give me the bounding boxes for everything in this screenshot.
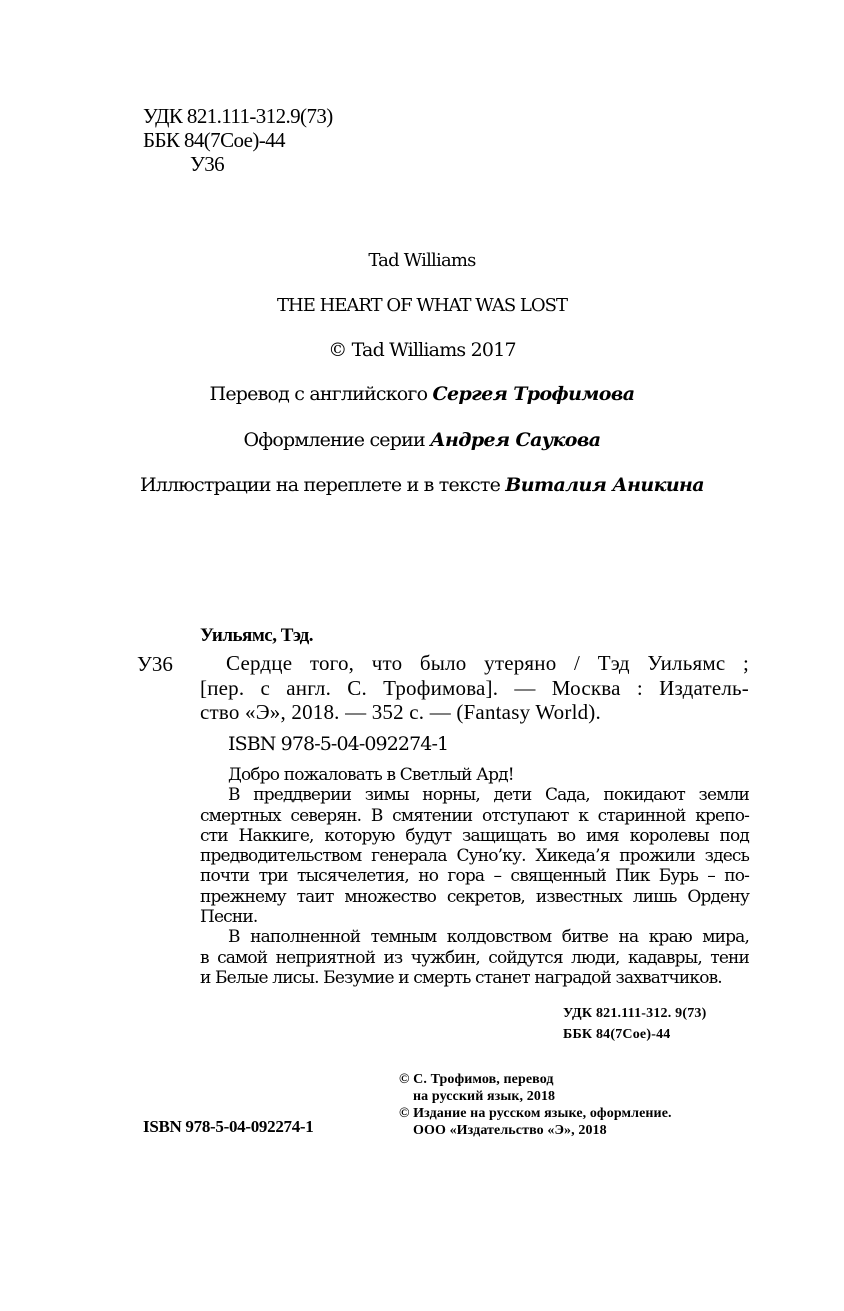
catalog-line: [пер. с англ. С. Трофимова]. — Москва : … — [200, 676, 749, 701]
illustrator-name: Виталия Аникина — [505, 474, 704, 496]
author-mark: У36 — [143, 152, 333, 176]
catalog-author-heading: Уильямс, Тэд. — [200, 625, 313, 647]
bottom-bbk-code: ББК 84(7Сое)-44 — [563, 1024, 706, 1045]
illustration-credit: Иллюстрации на переплете и в тексте Вита… — [0, 474, 844, 496]
classification-codes: УДК 821.111-312.9(73) ББК 84(7Сое)-44 У3… — [143, 104, 333, 176]
bottom-classification-codes: УДК 821.111-312. 9(73) ББК 84(7Сое)-44 — [563, 1003, 706, 1045]
illustrations-label: Иллюстрации на переплете и в тексте — [140, 474, 505, 496]
catalog-author-mark: У36 — [137, 652, 173, 677]
series-design-label: Оформление серии — [244, 429, 431, 451]
bbk-code: ББК 84(7Сое)-44 — [143, 128, 333, 152]
copyright-block: © С. Трофимов, перевод на русский язык, … — [399, 1071, 672, 1139]
abstract-line: в самой неприятной из чужбин, сойдутся л… — [200, 948, 749, 968]
copyright-line: на русский язык, 2018 — [399, 1088, 672, 1105]
author-name-en: Tad Williams — [0, 250, 844, 271]
catalog-description: Сердце того, что было утеряно / Тэд Уиль… — [200, 651, 749, 725]
catalog-line: Сердце того, что было утеряно / Тэд Уиль… — [200, 651, 749, 676]
abstract-line: сти Наккиге, которую будут защищать во и… — [200, 826, 749, 846]
series-designer-name: Андрея Саукова — [430, 429, 600, 451]
catalog-line: ство «Э», 2018. — 352 с. — (Fantasy Worl… — [200, 700, 749, 725]
translation-credit: Перевод с английского Сергея Трофимова — [0, 383, 844, 405]
abstract-line: прежнему таит множество секретов, извест… — [200, 887, 749, 907]
book-abstract: Добро пожаловать в Светлый Ард! В преддв… — [200, 765, 749, 988]
abstract-line: и Белые лисы. Безумие и смерть станет на… — [200, 968, 749, 988]
copyright-line: © Издание на русском языке, оформление. — [399, 1105, 672, 1122]
translator-name: Сергея Трофимова — [432, 383, 634, 405]
abstract-line: В наполненной темным колдовством битве н… — [200, 927, 749, 947]
translation-label: Перевод с английского — [210, 383, 433, 405]
bottom-isbn: ISBN 978-5-04-092274-1 — [143, 1117, 313, 1137]
abstract-line: смертных северян. В смятении отступают к… — [200, 806, 749, 826]
abstract-line: почти три тысячелетия, но гора – священн… — [200, 866, 749, 886]
abstract-line: Песни. — [200, 907, 749, 927]
udk-code: УДК 821.111-312.9(73) — [143, 104, 333, 128]
catalog-isbn: ISBN 978-5-04-092274-1 — [228, 733, 448, 755]
book-title-en: THE HEART OF WHAT WAS LOST — [0, 295, 844, 316]
copyright-line: © С. Трофимов, перевод — [399, 1071, 672, 1088]
abstract-line: предводительством генерала Суно’ку. Хике… — [200, 846, 749, 866]
series-design-credit: Оформление серии Андрея Саукова — [0, 429, 844, 451]
original-copyright: © Tad Williams 2017 — [0, 339, 844, 361]
copyright-line: ООО «Издательство «Э», 2018 — [399, 1122, 672, 1139]
abstract-line: В преддверии зимы норны, дети Сада, поки… — [200, 785, 749, 805]
abstract-line: Добро пожаловать в Светлый Ард! — [200, 765, 749, 785]
bottom-udk-code: УДК 821.111-312. 9(73) — [563, 1003, 706, 1024]
